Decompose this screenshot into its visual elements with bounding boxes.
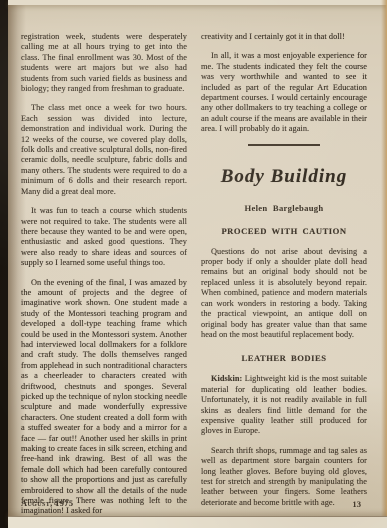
footer-date: August, 1975	[21, 499, 73, 508]
page-right-edge	[381, 0, 387, 528]
article-title: Body Building	[201, 166, 367, 188]
left-column: registration week, students were despera…	[21, 32, 187, 526]
page-top-edge	[8, 0, 387, 5]
page-number: 13	[352, 499, 361, 509]
right-column: creativity and I certainly got it in tha…	[201, 32, 367, 517]
paragraph-thrift-shops: Search thrift shops, rummage and tag sal…	[201, 446, 367, 508]
paragraph-fun-to-teach: It was fun to teach a course which stude…	[21, 206, 187, 268]
article-divider-rule	[248, 144, 320, 146]
paragraph-enrollment: registration week, students were despera…	[21, 32, 187, 94]
section-heading-leather: LEATHER BODIES	[201, 353, 367, 363]
paragraph-creativity: creativity and I certainly got it in tha…	[201, 32, 367, 42]
section-heading-proceed: PROCEED WITH CAUTION	[201, 226, 367, 236]
paragraph-final-projects: On the evening of the final, I was amaze…	[21, 278, 187, 517]
binding-edge	[0, 0, 8, 528]
kidskin-runin-label: Kidskin:	[211, 374, 242, 383]
paragraph-class-format: The class met once a week for two hours.…	[21, 103, 187, 197]
kidskin-text: Lightweight kid is the most suitable mat…	[201, 374, 367, 435]
paragraph-conclusion: In all, it was a most enjoyable experien…	[201, 51, 367, 134]
paragraph-caution: Questions do not arise about devising a …	[201, 247, 367, 341]
author-byline: Helen Barglebaugh	[201, 203, 367, 213]
scanned-magazine-page: registration week, students were despera…	[0, 0, 387, 528]
paragraph-kidskin: Kidskin: Lightweight kid is the most sui…	[201, 374, 367, 436]
